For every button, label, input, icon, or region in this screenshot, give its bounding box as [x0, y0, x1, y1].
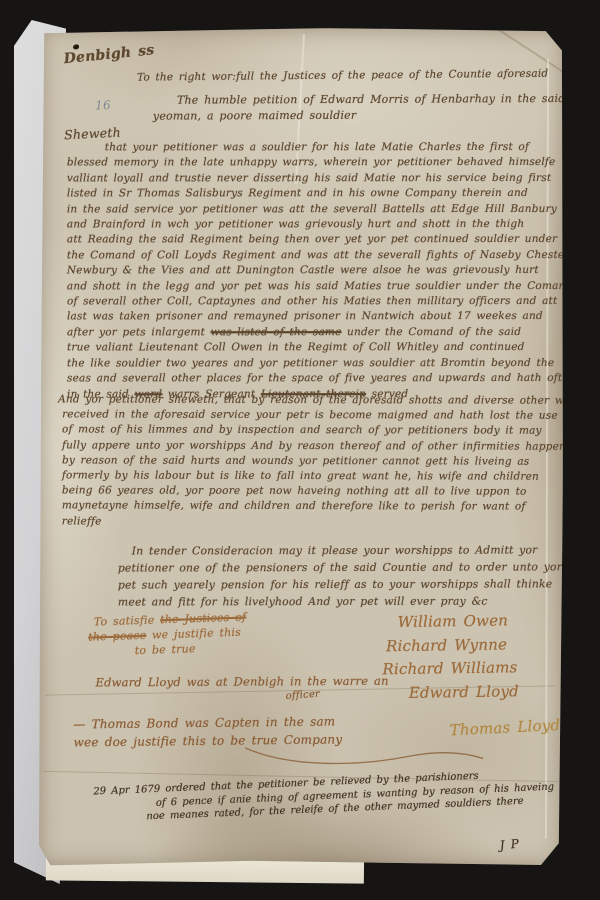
manuscript-text: valliant loyall and trustie never disser…	[67, 172, 551, 184]
manuscript-text: after yor pets inlargemt	[67, 326, 211, 338]
manuscript-line: listed in Sr Thomas Salisburys Regiment …	[67, 186, 547, 202]
petition-prayer: In tender Consideracion may it please yo…	[118, 541, 538, 610]
manuscript-text: by reason of the said hurts and wounds y…	[62, 454, 529, 467]
thomas-lloyd-signature: Thomas Lloyd	[449, 716, 560, 739]
manuscript-line: in the said service yor petitioner was a…	[67, 202, 547, 218]
struck-text: was listed of the same	[211, 326, 342, 338]
manuscript-text: To satisfie	[94, 613, 161, 628]
manuscript-text: Edward Lloyd	[409, 682, 519, 702]
manuscript-line: and Brainford in wch yor petitioner was …	[67, 217, 547, 233]
manuscript-line: last was taken prisoner and remayned pri…	[67, 309, 547, 325]
manuscript-line: by reason of the said hurts and wounds y…	[62, 453, 548, 469]
manuscript-line: In tender Consideracion may it please yo…	[132, 541, 538, 559]
manuscript-page: Denbigh ss 16 To the right wor:full the …	[39, 27, 564, 866]
manuscript-text: formerly by his labour but is like to fa…	[62, 469, 539, 482]
manuscript-text: William Owen	[398, 611, 509, 631]
manuscript-line: valliant loyall and trustie never disser…	[67, 171, 547, 187]
manuscript-line: formerly by his labour but is like to fa…	[62, 468, 548, 484]
clerk-memorandum: 29 Apr 1679 ordered that the petitioner …	[93, 767, 555, 826]
manuscript-text: blessed memory in the late unhappy warrs…	[67, 156, 556, 168]
manuscript-text: true valiant Lieutenant Coll Owen in the…	[67, 341, 525, 353]
manuscript-line: fully appere unto yor worshipps And by r…	[62, 438, 548, 454]
manuscript-text: we justifie this	[146, 626, 241, 642]
manuscript-line: att Reading the said Regiment being then…	[67, 232, 547, 248]
manuscript-text: and shott in the legg and yor pet was hi…	[67, 280, 573, 292]
manuscript-line: seas and severall other places for the s…	[67, 371, 547, 387]
manuscript-text: And yor petitioner sheweth, that by reas…	[58, 393, 597, 406]
officer-note: Edward Lloyd was at Denbigh in the warre…	[95, 674, 388, 690]
manuscript-line: meet and fitt for his livelyhood And yor…	[118, 592, 538, 610]
witness-signatures: William OwenRichard WynneRichard William…	[386, 609, 520, 705]
scanned-manuscript-view: { "colors": { "background": "#161514", "…	[0, 0, 600, 900]
manuscript-text: under the Comand of the said	[341, 326, 521, 338]
attestation-note: To satisfie the Justices ofthe peace we …	[94, 610, 248, 660]
manuscript-line: of most of his limmes and by inspection …	[62, 423, 548, 439]
clerk-initials: J P	[499, 837, 520, 853]
manuscript-line: pet such yearely pension for his relieff…	[118, 575, 538, 593]
manuscript-text: relieffe	[62, 515, 102, 527]
manuscript-text: wee doe justifie this to be true Company	[74, 732, 343, 749]
manuscript-line: being 66 yeares old, yor poore pet now h…	[62, 484, 548, 500]
petition-paragraph-wounds: And yor petitioner sheweth, that by reas…	[62, 392, 548, 530]
struck-text: the peace	[88, 629, 146, 644]
manuscript-line: true valiant Lieutenant Coll Owen in the…	[67, 340, 547, 356]
petition-paragraph-service: that your petitioner was a souldier for …	[67, 140, 547, 402]
captain-note: — Thomas Bond was Capten in the samwee d…	[73, 713, 342, 751]
manuscript-text: in the said service yor petitioner was a…	[67, 203, 557, 215]
manuscript-line: wee doe justifie this to be true Company	[73, 731, 342, 752]
manuscript-line: Richard Wynne	[386, 633, 518, 658]
petition-address-line: To the right wor:full the Justices of th…	[137, 68, 548, 84]
manuscript-text: meet and fitt for his livelyhood And yor…	[118, 595, 488, 609]
folio-number: 16	[95, 98, 111, 112]
manuscript-line: relieffe	[62, 514, 548, 530]
manuscript-text: last was taken prisoner and remayned pri…	[67, 310, 543, 322]
manuscript-line: William Owen	[398, 609, 518, 634]
manuscript-line: after yor pets inlargemt was listed of t…	[67, 325, 547, 341]
manuscript-line: to be true	[135, 640, 248, 659]
manuscript-text: being 66 yeares old, yor poore pet now h…	[62, 485, 527, 498]
manuscript-line: received in the aforesaid service your p…	[62, 408, 548, 424]
manuscript-text: fully appere unto yor worshipps And by r…	[62, 439, 583, 452]
manuscript-line: of severall other Coll, Captaynes and ot…	[67, 294, 547, 310]
manuscript-text: of most of his limmes and by inspection …	[62, 424, 542, 437]
manuscript-line: that your petitioner was a souldier for …	[105, 140, 547, 156]
manuscript-line: And yor petitioner sheweth, that by reas…	[58, 392, 548, 408]
officer-note-sub: officer	[285, 689, 320, 702]
manuscript-line: Richard Williams	[382, 656, 518, 682]
manuscript-text: pet such yearely pension for his relieff…	[118, 577, 553, 591]
petition-title-line2: yeoman, a poore maimed souldier	[153, 109, 356, 123]
manuscript-line: petitioner one of the pensioners of the …	[118, 558, 538, 576]
manuscript-text: att Reading the said Regiment being then…	[67, 233, 557, 245]
manuscript-line: the like souldier two yeares and yor pet…	[67, 356, 547, 372]
manuscript-text: of severall other Coll, Captaynes and ot…	[67, 295, 557, 307]
manuscript-text: In tender Consideracion may it please yo…	[132, 543, 538, 557]
manuscript-line: maynetayne himselfe, wife and children a…	[62, 499, 548, 515]
manuscript-text: petitioner one of the pensioners of the …	[118, 560, 562, 574]
manuscript-text: seas and severall other places for the s…	[67, 372, 562, 384]
manuscript-line: Edward Lloyd	[409, 680, 519, 705]
petition-title-line: The humble petition of Edward Morris of …	[177, 92, 600, 107]
manuscript-text: that your petitioner was a souldier for …	[105, 141, 529, 153]
manuscript-text: Richard Wynne	[386, 635, 507, 655]
manuscript-text: maynetayne himselfe, wife and children a…	[62, 500, 526, 513]
manuscript-text: Richard Williams	[382, 658, 517, 678]
manuscript-text: the like souldier two yeares and yor pet…	[67, 357, 554, 369]
manuscript-line: the Comand of Coll Loyds Regiment and wa…	[67, 248, 547, 264]
ink-blot	[73, 44, 79, 49]
manuscript-text: received in the aforesaid service your p…	[62, 409, 558, 422]
manuscript-text: to be true	[135, 642, 196, 657]
manuscript-text: and Brainford in wch yor petitioner was …	[67, 218, 524, 230]
manuscript-line: Newbury & the Vies and att Dunington Cas…	[67, 263, 547, 279]
manuscript-text: the Comand of Coll Loyds Regiment and wa…	[67, 249, 570, 261]
manuscript-line: and shott in the legg and yor pet was hi…	[67, 279, 547, 295]
manuscript-line: blessed memory in the late unhappy warrs…	[67, 155, 547, 171]
manuscript-text: Newbury & the Vies and att Dunington Cas…	[67, 264, 539, 276]
manuscript-text: listed in Sr Thomas Salisburys Regiment …	[67, 187, 528, 199]
manuscript-text: — Thomas Bond was Capten in the sam	[73, 714, 335, 731]
